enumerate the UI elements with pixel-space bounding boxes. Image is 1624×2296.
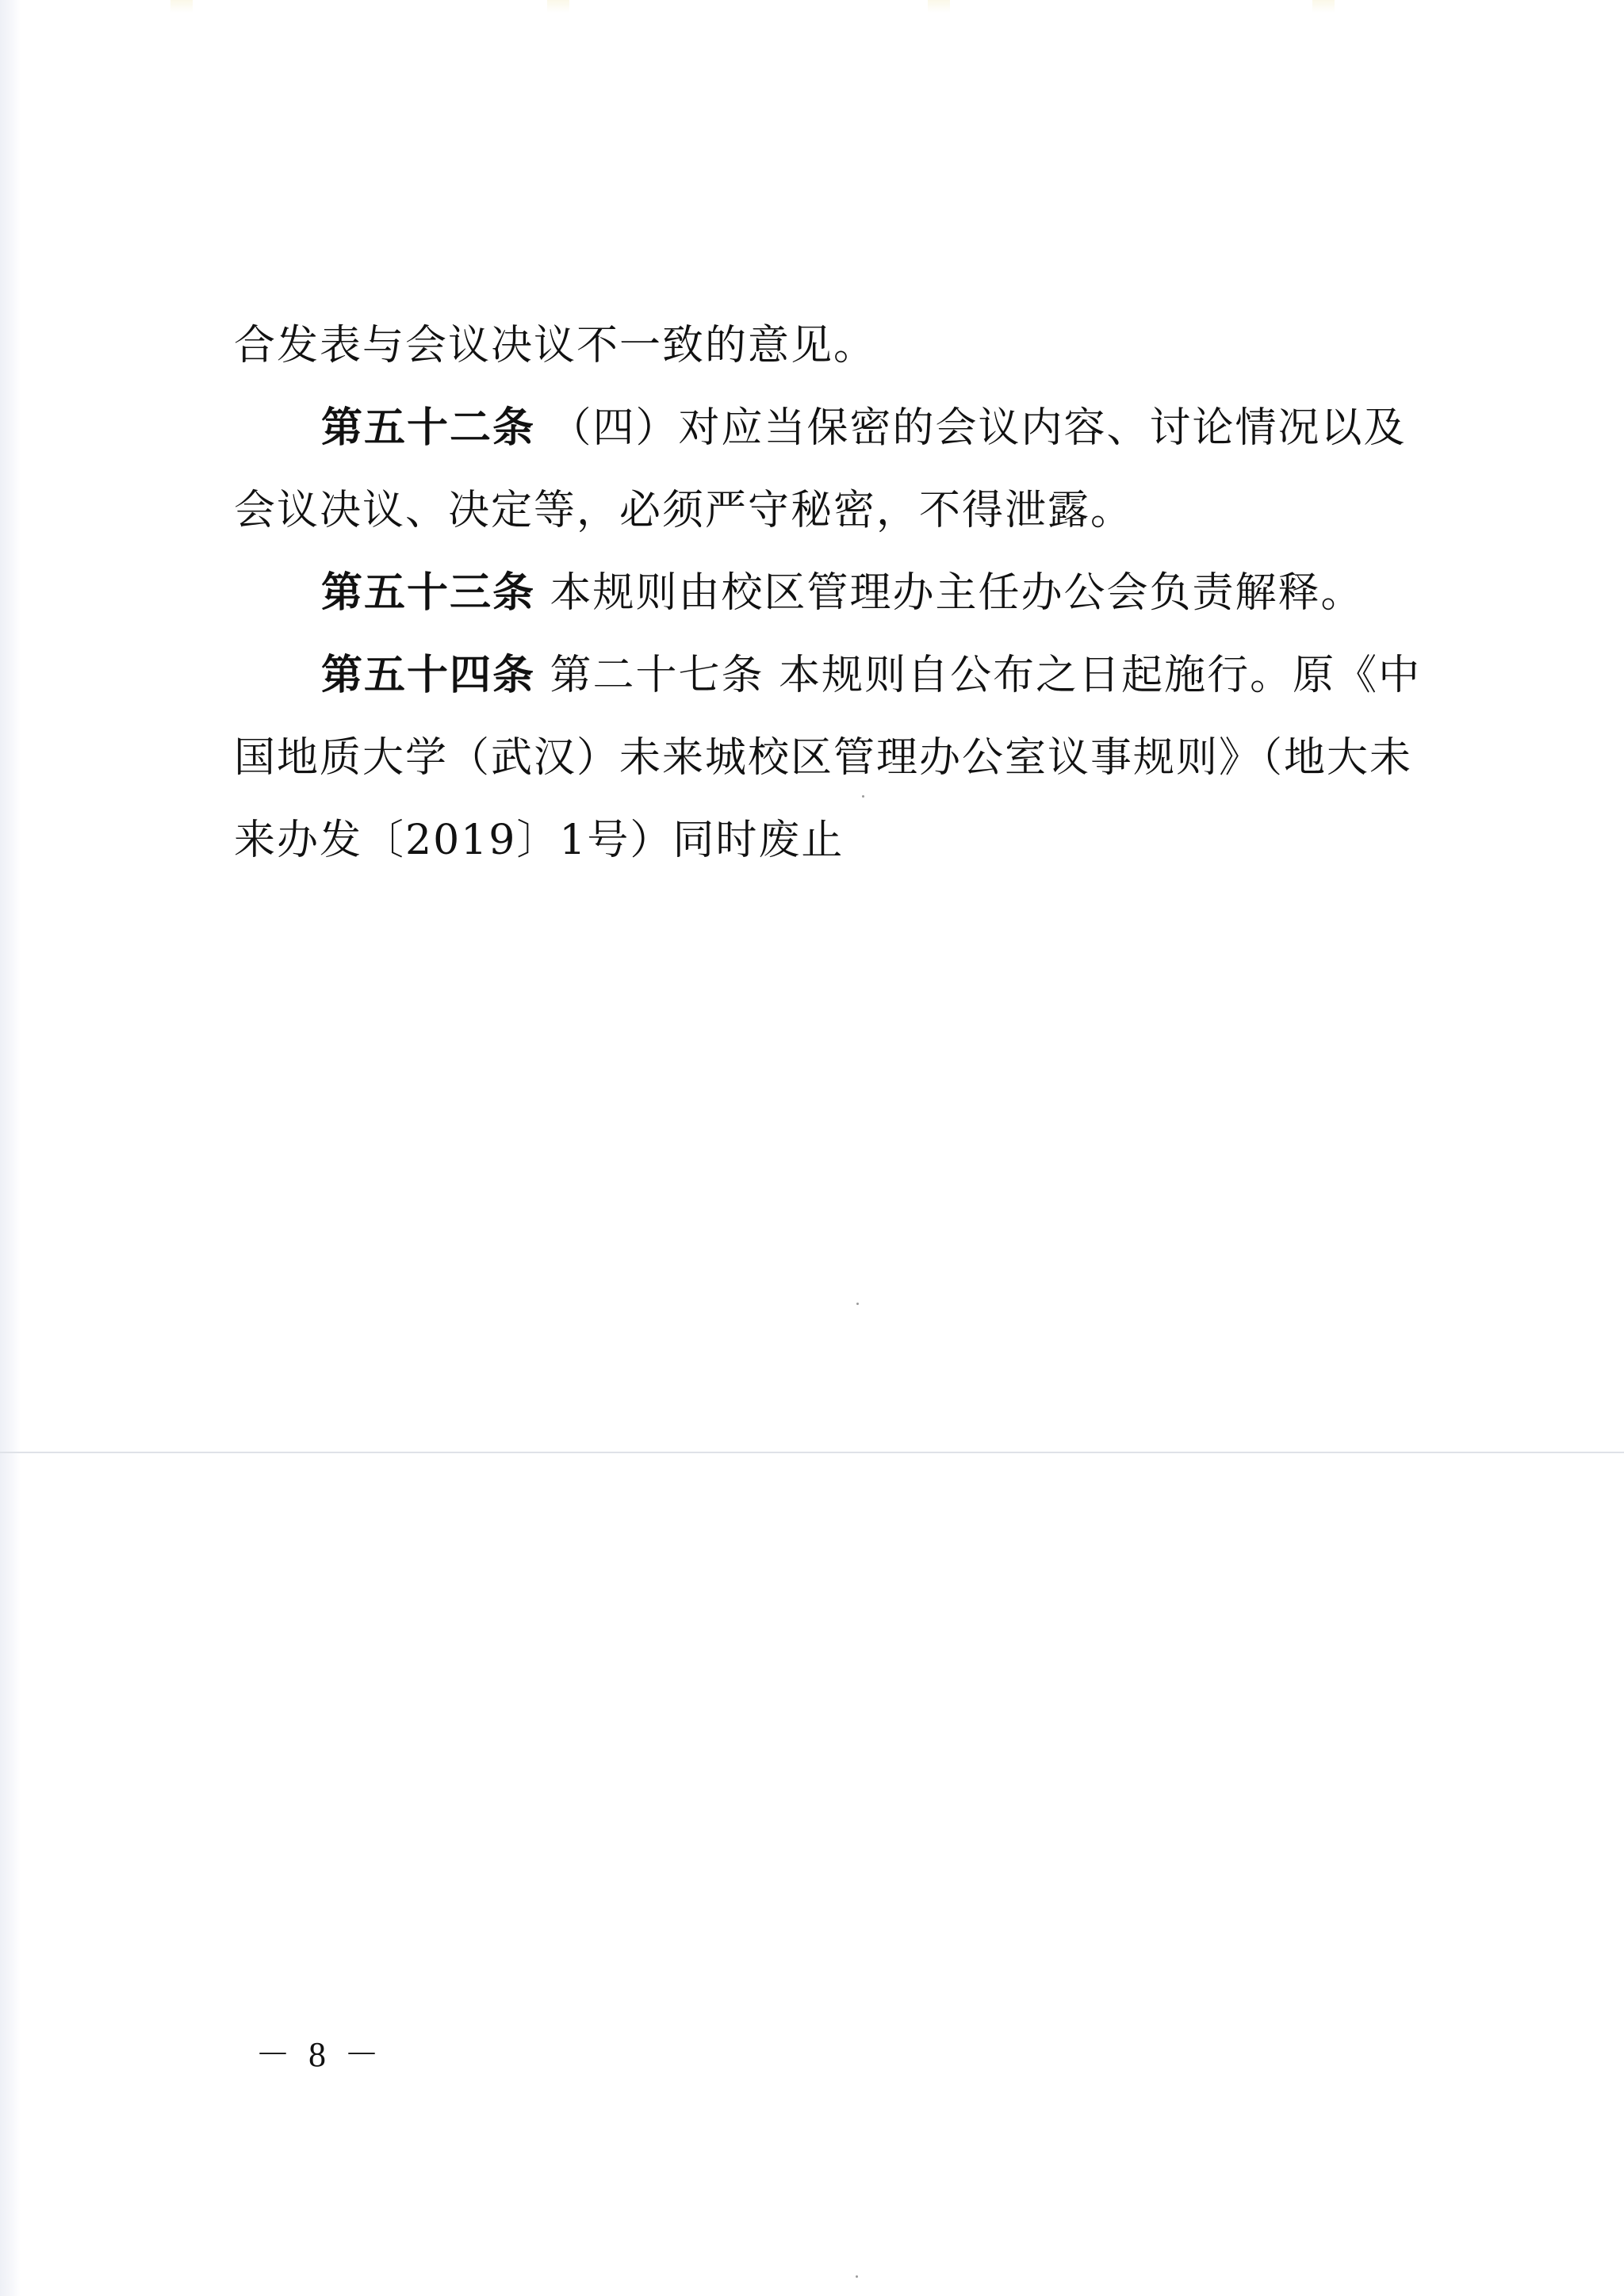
article-number: 第五十三条 bbox=[321, 569, 535, 617]
text-line-6: 国地质大学（武汉）未来城校区管理办公室议事规则》（地大未 bbox=[234, 728, 1412, 810]
line-text: 第二十七条 本规则自公布之日起施行。原《中 bbox=[535, 652, 1421, 699]
article-54-line: 第五十四条 第二十七条 本规则自公布之日起施行。原《中 bbox=[234, 645, 1421, 728]
line-text: 国地质大学（武汉）未来城校区管理办公室议事规则》（地大未 bbox=[234, 734, 1412, 782]
text-line-3: 会议决议、决定等，必须严守秘密，不得泄露。 bbox=[234, 480, 1133, 563]
document-page: 合发表与会议决议不一致的意见。 第五十二条 （四）对应当保密的会议内容、讨论情况… bbox=[0, 0, 1624, 2296]
scan-mark bbox=[928, 0, 950, 13]
article-53-line: 第五十三条 本规则由校区管理办主任办公会负责解释。 bbox=[234, 563, 1364, 645]
line-text: 本规则由校区管理办主任办公会负责解释。 bbox=[535, 569, 1364, 617]
page-number: － 8 － bbox=[255, 2031, 384, 2079]
scan-speck bbox=[856, 1303, 859, 1305]
scan-top-marks bbox=[0, 0, 1624, 16]
scan-mark bbox=[1312, 0, 1335, 13]
text-line-7: 来办发〔2019〕1号）同时废止 bbox=[234, 810, 844, 893]
article-52-line: 第五十二条 （四）对应当保密的会议内容、讨论情况以及 bbox=[234, 398, 1407, 480]
scan-mark bbox=[547, 0, 569, 13]
line-text: 会议决议、决定等，必须严守秘密，不得泄露。 bbox=[234, 487, 1133, 534]
article-number: 第五十二条 bbox=[321, 404, 535, 452]
text-line-1: 合发表与会议决议不一致的意见。 bbox=[234, 316, 876, 398]
line-text: （四）对应当保密的会议内容、讨论情况以及 bbox=[535, 404, 1407, 452]
binding-shadow bbox=[0, 0, 21, 2296]
line-text: 合发表与会议决议不一致的意见。 bbox=[234, 322, 876, 369]
scan-mark bbox=[170, 0, 193, 13]
scan-speck bbox=[862, 795, 864, 798]
line-text: 来办发〔2019〕1号）同时废止 bbox=[234, 817, 844, 864]
article-number: 第五十四条 bbox=[321, 652, 535, 699]
scan-speck bbox=[856, 2275, 858, 2278]
paper-fold-line bbox=[0, 1452, 1624, 1453]
